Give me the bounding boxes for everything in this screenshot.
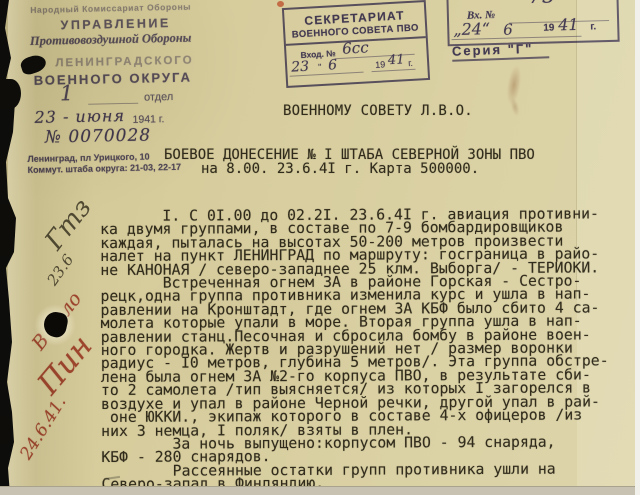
incoming-date-month: 6: [503, 21, 513, 39]
red-mark-dot: [277, 1, 284, 7]
secretariat-incoming-number: 6сс: [342, 38, 369, 57]
torn-edge-blob: [0, 416, 11, 444]
secretariat-date-month: 6: [328, 57, 338, 73]
sender-address-line2: Коммут. штаба округа: 21-03, 22-17: [28, 162, 182, 175]
sender-org-line5: ВОЕННОГО ОКРУГА: [34, 70, 193, 88]
incoming-number-handwritten: 75: [528, 0, 555, 8]
incoming-date-day: „24“: [453, 19, 490, 39]
scan-bottom-edge: [0, 486, 640, 495]
scanned-document-page: Народный Комиссариат Обороны УПРАВЛЕНИЕ …: [0, 0, 640, 495]
sender-doc-number: № 0070028: [45, 125, 152, 147]
series-label: Серия "Г": [452, 40, 550, 61]
incoming-stamp: Вх. № 75 „24“ 6 19 41 г.: [446, 0, 619, 46]
sender-org-line4: ЛЕНИНГРАДСКОГО: [55, 55, 194, 70]
sender-year-printed: 1941 г.: [132, 113, 164, 126]
secretariat-year-written: 41: [388, 52, 405, 68]
scan-right-edge: [635, 0, 640, 495]
report-addressee: ВОЕННОМУ СОВЕТУ Л.В.О.: [283, 103, 473, 119]
sender-org-line1: Народный Комиссариат Обороны: [30, 2, 191, 15]
report-title-line2: на 8.00. 23.6.4I г. Карта 500000.: [201, 161, 479, 177]
sender-dept-underline: [88, 103, 138, 105]
sender-org-line3: Противовоздушной Обороны: [30, 31, 192, 49]
secretariat-date-quote: ": [318, 62, 322, 72]
secretariat-year-suffix: г.: [408, 58, 413, 68]
secretariat-date-day: 23: [291, 59, 310, 76]
incoming-year-written: 41: [558, 15, 579, 35]
incoming-year-suffix: г.: [590, 21, 596, 32]
sender-dept-number-handwritten: 1: [60, 81, 74, 105]
secretariat-year-printed: 19: [375, 59, 386, 70]
secretariat-stamp: СЕКРЕТАРИАТ ВОЕННОГО СОВЕТА ПВО Вход. № …: [282, 0, 430, 88]
sender-dept-label: отдел: [144, 91, 173, 104]
incoming-year-printed: 19: [543, 22, 554, 33]
sender-org-line2: УПРАВЛЕНИЕ: [60, 16, 170, 32]
report-body: I. С 0I.00 до 02.2I. 23.6.4I г. авиация …: [100, 207, 609, 491]
sender-date-handwritten: 23 - июня: [34, 106, 125, 127]
